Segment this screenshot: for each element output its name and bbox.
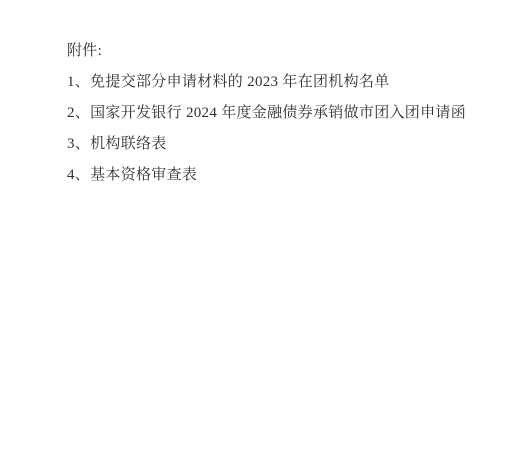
document-page: 附件: 1、免提交部分申请材料的 2023 年在团机构名单 2、国家开发银行 2…	[0, 0, 515, 460]
attachment-list: 1、免提交部分申请材料的 2023 年在团机构名单 2、国家开发银行 2024 …	[67, 67, 466, 191]
attachment-item-1: 1、免提交部分申请材料的 2023 年在团机构名单	[67, 67, 466, 98]
attachments-heading: 附件:	[67, 36, 466, 67]
attachments-section: 附件: 1、免提交部分申请材料的 2023 年在团机构名单 2、国家开发银行 2…	[67, 36, 466, 191]
attachment-item-2: 2、国家开发银行 2024 年度金融债券承销做市团入团申请函	[67, 98, 466, 129]
attachment-item-4: 4、基本资格审查表	[67, 160, 466, 191]
attachment-item-3: 3、机构联络表	[67, 129, 466, 160]
